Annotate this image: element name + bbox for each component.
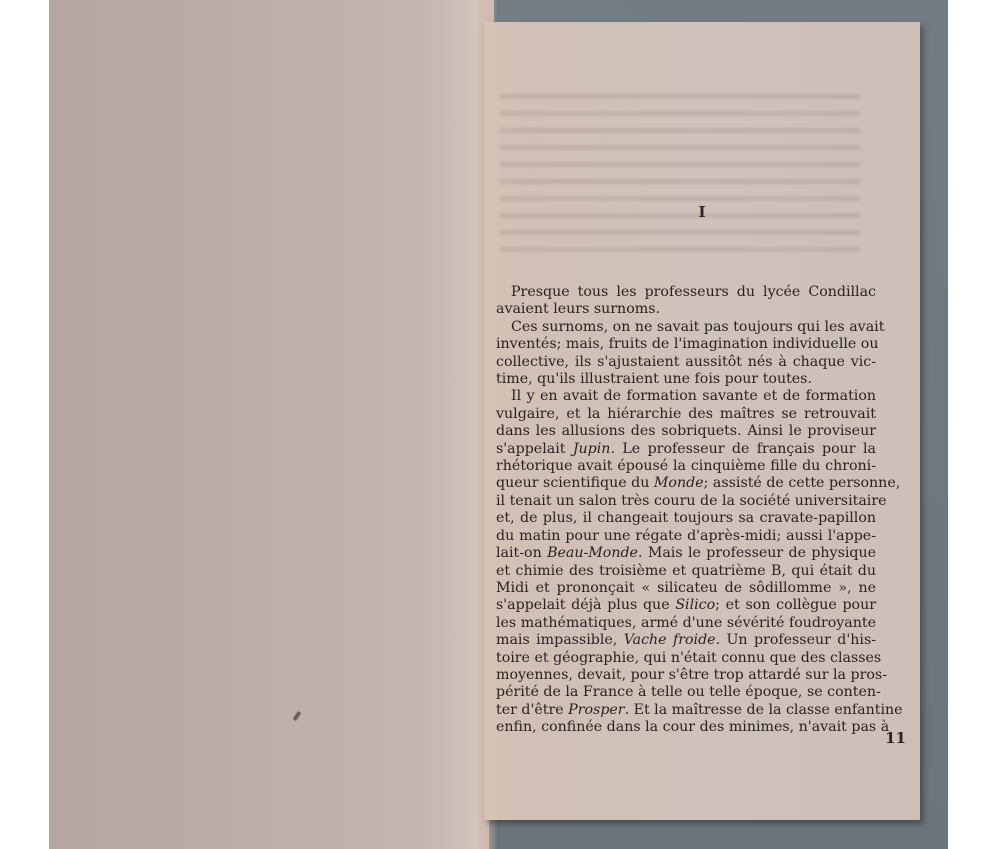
text-line: et chimie des troisième et quatrième B, … bbox=[496, 563, 876, 580]
text-line: périté de la France à telle ou telle épo… bbox=[496, 684, 876, 701]
text-line: collective, ils s'ajustaient aussitôt né… bbox=[496, 354, 876, 371]
text-line: s'appelait Jupin. Le professeur de franç… bbox=[496, 441, 876, 458]
show-through-text bbox=[500, 94, 860, 254]
text-line: du matin pour une régate d'après-midi; a… bbox=[496, 528, 876, 545]
text-line: queur scientifique du Monde; assisté de … bbox=[496, 475, 876, 492]
right-page: I Presque tous les professeurs du lycée … bbox=[484, 22, 920, 820]
chapter-body-text: Presque tous les professeurs du lycée Co… bbox=[496, 284, 876, 737]
book-photo: I Presque tous les professeurs du lycée … bbox=[49, 0, 948, 849]
text-line: dans les allusions des sobriquets. Ainsi… bbox=[496, 423, 876, 440]
page-number: 11 bbox=[885, 729, 906, 747]
chapter-number: I bbox=[484, 203, 920, 221]
text-line: enfin, confinée dans la cour des minimes… bbox=[496, 719, 876, 736]
text-line: s'appelait déjà plus que Silico; et son … bbox=[496, 597, 876, 614]
text-line: Il y en avait de formation savante et de… bbox=[496, 388, 876, 405]
text-line: Midi et prononçait « silicateu de sôdill… bbox=[496, 580, 876, 597]
left-page-blank bbox=[49, 0, 489, 849]
text-line: lait-on Beau-Monde. Mais le professeur d… bbox=[496, 545, 876, 562]
text-line: inventés; mais, fruits de l'imagination … bbox=[496, 336, 876, 353]
text-line: avaient leurs surnoms. bbox=[496, 301, 876, 318]
text-line: mais impassible, Vache froide. Un profes… bbox=[496, 632, 876, 649]
text-line: il tenait un salon très couru de la soci… bbox=[496, 493, 876, 510]
text-line: les mathématiques, armé d'une sévérité f… bbox=[496, 615, 876, 632]
text-line: Presque tous les professeurs du lycée Co… bbox=[496, 284, 876, 301]
text-line: vulgaire, et la hiérarchie des maîtres s… bbox=[496, 406, 876, 423]
text-line: Ces surnoms, on ne savait pas toujours q… bbox=[496, 319, 876, 336]
text-line: ter d'être Prosper. Et la maîtresse de l… bbox=[496, 702, 876, 719]
text-line: toire et géographie, qui n'était connu q… bbox=[496, 650, 876, 667]
page-blemish bbox=[292, 711, 301, 721]
text-line: moyennes, devait, pour s'être trop attar… bbox=[496, 667, 876, 684]
text-line: rhétorique avait épousé la cinquième fil… bbox=[496, 458, 876, 475]
text-line: et, de plus, il changeait toujours sa cr… bbox=[496, 510, 876, 527]
text-line: time, qu'ils illustraient une fois pour … bbox=[496, 371, 876, 388]
